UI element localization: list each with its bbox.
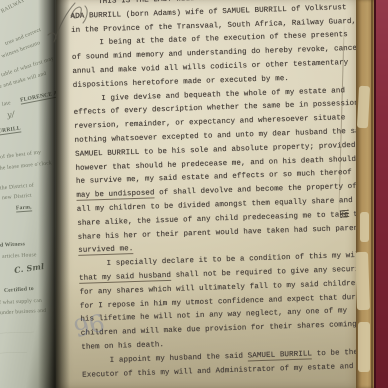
facing-page-text-fragment: _________ <box>0 348 27 355</box>
tape-tear-patch <box>358 322 370 372</box>
facing-page-text-fragment: ____________ <box>0 327 34 334</box>
facing-page-edge: RAILWAYtrue and correctas witness hereun… <box>0 0 58 388</box>
tape-tear-patch <box>360 212 369 242</box>
facing-page-text-fragment: d Witness <box>0 241 25 248</box>
pencil-scrawl-mark <box>44 0 94 46</box>
tape-tear-patch <box>357 86 370 129</box>
tape-shadow-streak <box>371 0 373 388</box>
will-text: THIS IS THE LAST WILL AND TESTAMENT OF M… <box>70 0 358 383</box>
facing-page-text-fragment: C. Sml <box>13 261 44 275</box>
margin-equals-mark <box>340 210 350 220</box>
facing-page-text-fragment: RAILWAY <box>0 0 26 15</box>
tape-tear-patch <box>356 252 370 310</box>
facing-page-text-fragment: under business and <box>0 308 46 316</box>
facing-page-text-fragment: of the best of my <box>0 150 42 161</box>
binding-tape-strip <box>356 0 376 388</box>
will-page: THIS IS THE LAST WILL AND TESTAMENT OF M… <box>56 0 358 388</box>
facing-page-text-fragment: articles House <box>2 252 37 260</box>
facing-page-text-fragment: late <box>2 100 12 108</box>
facing-page-text-fragment: the District of <box>0 183 34 192</box>
facing-page-text-fragment: y/ <box>6 109 15 119</box>
facing-page-text-fragment: the lease more o'clock <box>0 160 52 172</box>
facing-page-text-fragment: FLORENCE A <box>20 90 58 104</box>
facing-page-text-fragment: new District <box>2 193 32 202</box>
facing-page-text-fragment: URRILL <box>0 125 21 135</box>
book-cover-edge <box>374 0 388 388</box>
facing-page-text-fragment: Certified to <box>4 286 34 294</box>
facing-page-text-fragment: of what supply can <box>0 298 42 306</box>
book-spread-photo: RAILWAYtrue and correctas witness hereun… <box>0 0 388 388</box>
facing-page-text-fragment: Farm, <box>16 204 32 212</box>
